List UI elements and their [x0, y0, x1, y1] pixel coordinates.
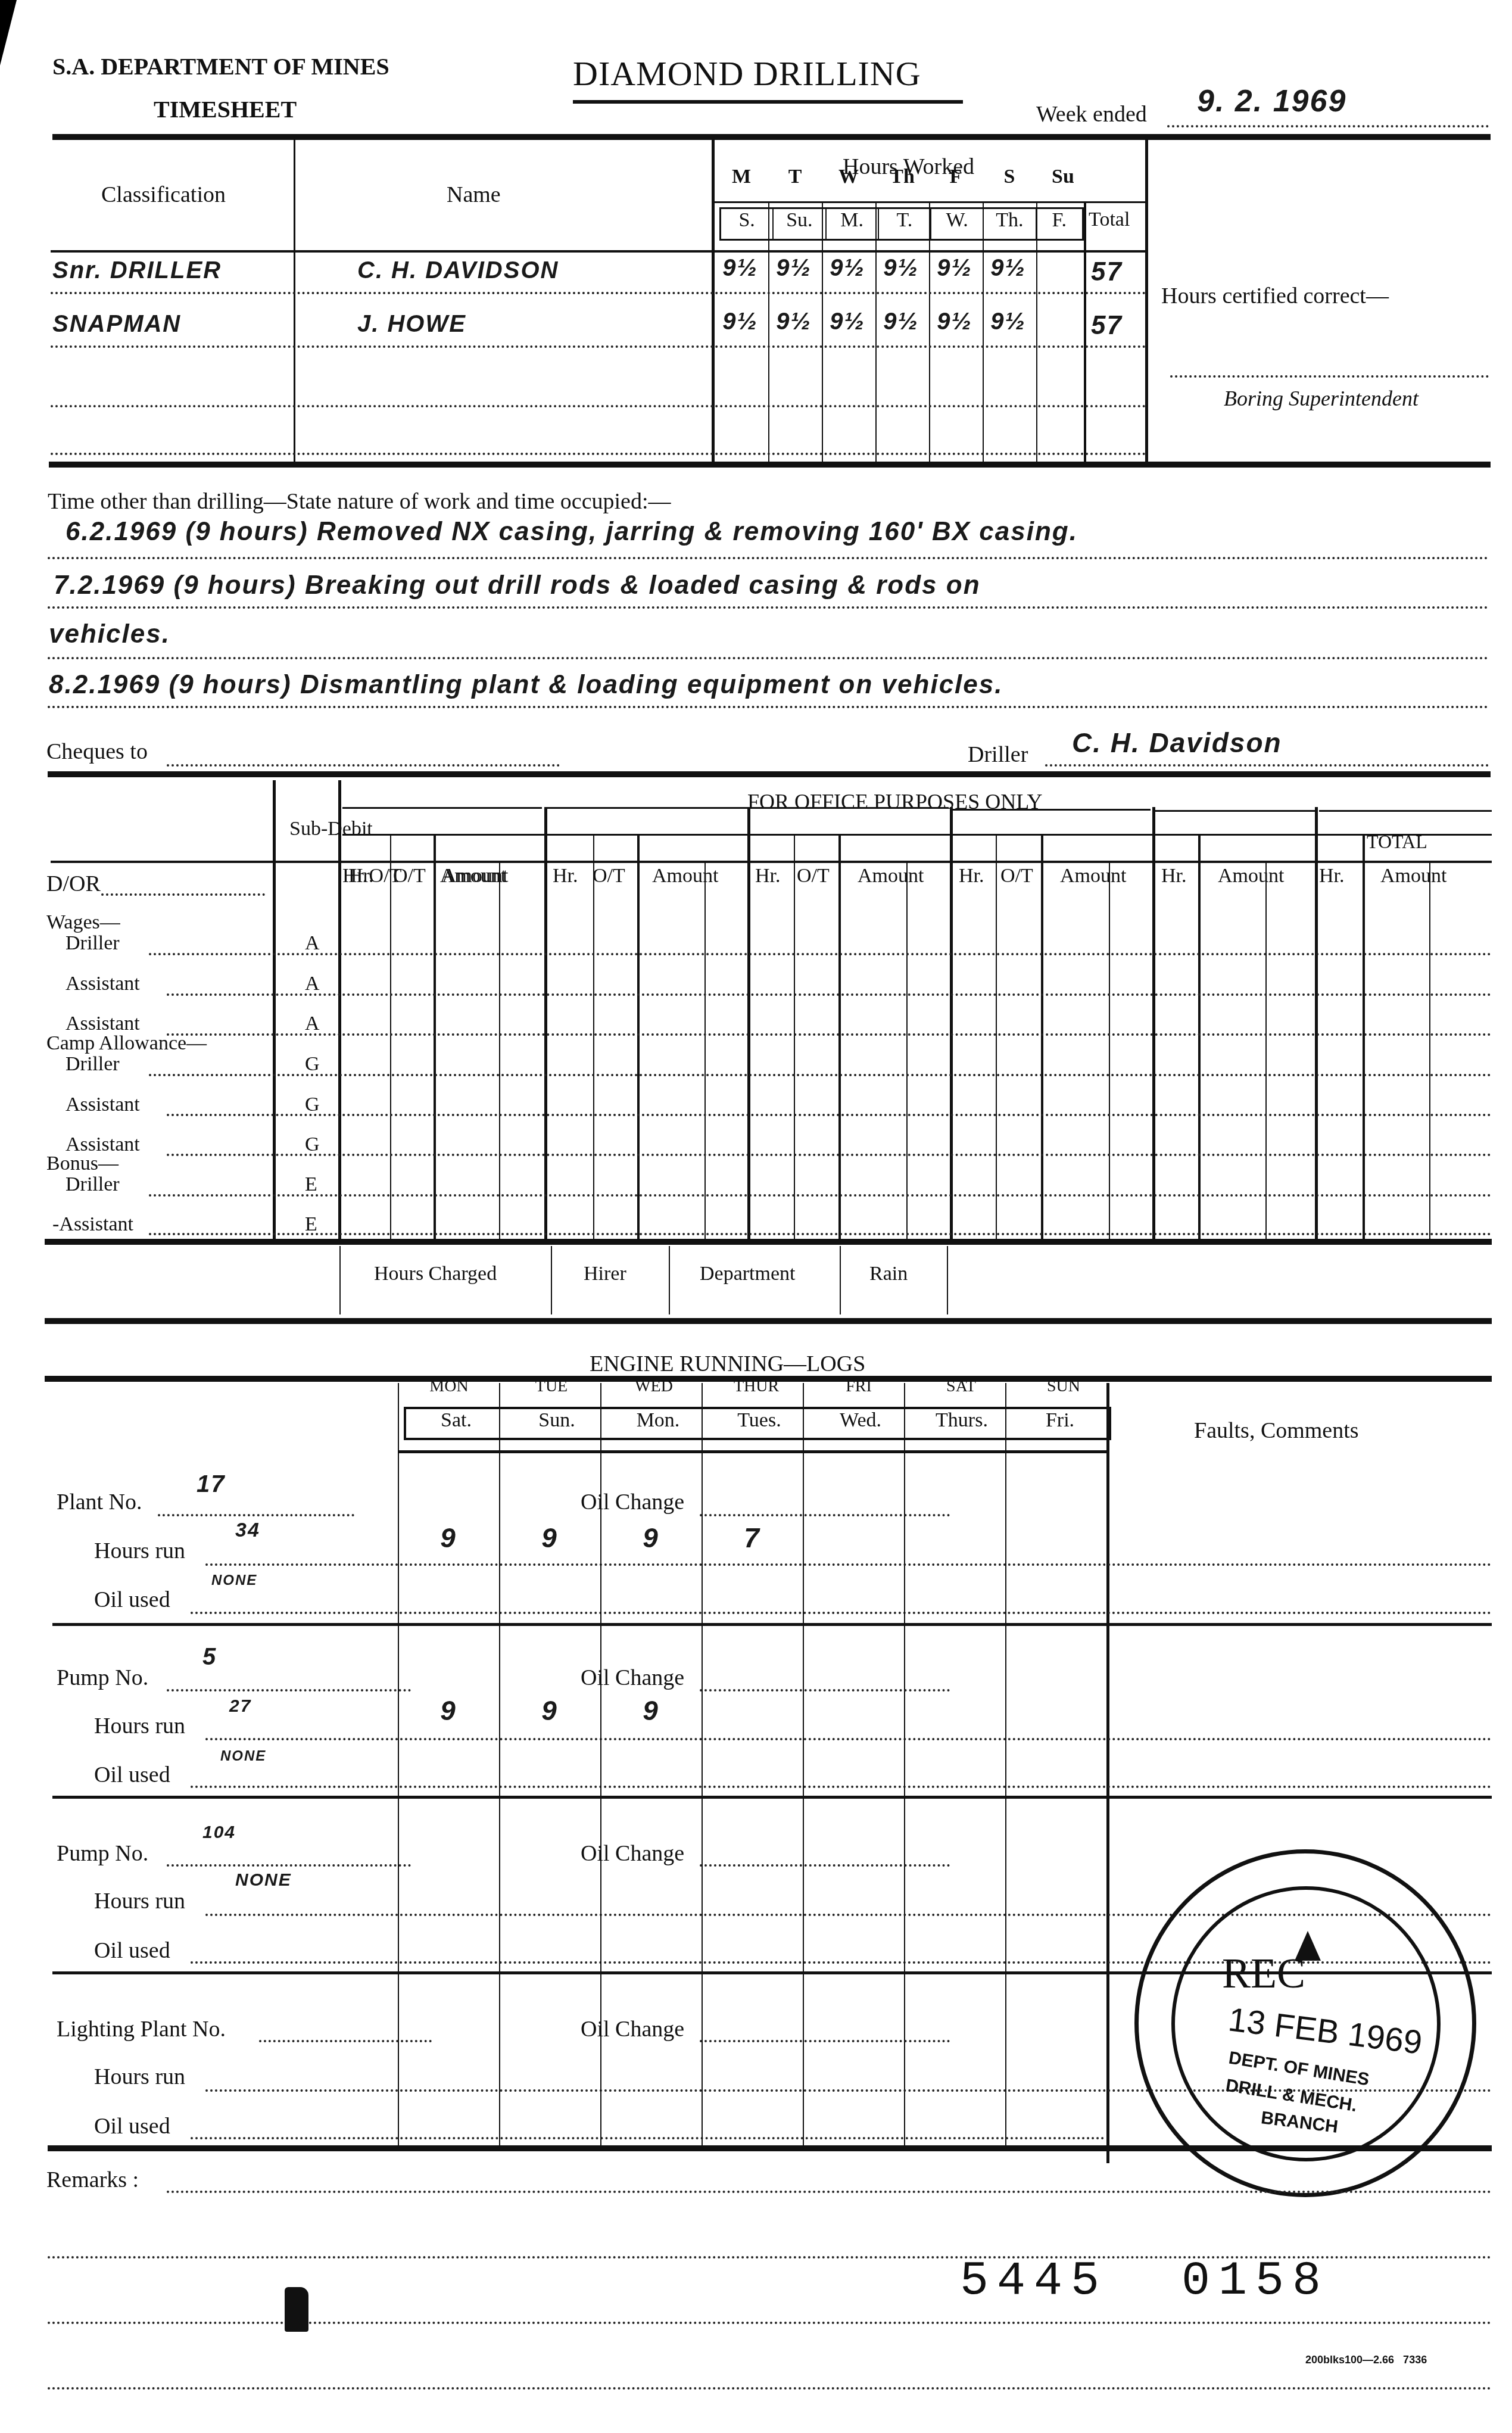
engine-hours-cell[interactable]	[1005, 1522, 1106, 1554]
subdebit-code: A	[305, 1013, 320, 1035]
day-letter-thu: Th	[875, 166, 929, 195]
stamp-arrow-icon	[1295, 1931, 1321, 1961]
col-hr: Hr.	[348, 865, 374, 887]
charge-col-line	[551, 1246, 552, 1314]
engine-logs-title: ENGINE RUNNING—LOGS	[590, 1351, 865, 1377]
engine-col-line	[398, 1383, 399, 1453]
col-ot: O/T	[393, 865, 426, 887]
day-letter-wed: W	[822, 166, 875, 195]
printed-day: SUN	[1012, 1377, 1115, 1396]
row-total[interactable]: 57	[1091, 257, 1123, 287]
engine-hours-cell[interactable]: 9	[398, 1694, 499, 1727]
row-classification[interactable]: SNAPMAN	[52, 311, 181, 338]
charge-col-line	[339, 1246, 341, 1314]
print-code: 200blks100—2.66 7336	[1305, 2354, 1427, 2366]
serial-number: 5445 0158	[960, 2254, 1329, 2309]
day-letter-fri: F	[929, 166, 983, 195]
printed-day: MON	[398, 1377, 500, 1396]
row-line	[167, 1033, 1492, 1036]
day-letter-sun: Su	[1036, 166, 1090, 195]
office-col-line	[794, 834, 795, 1239]
col-amount: Amount	[1380, 865, 1446, 887]
day-letter-mon: M	[715, 166, 768, 195]
hours-cell[interactable]: 9½	[874, 255, 928, 282]
row-line	[51, 453, 1146, 455]
col-ot: O/T	[797, 865, 830, 887]
oil-change-line	[700, 1689, 950, 1691]
boxed-day: Th.	[984, 209, 1036, 239]
engine-boxed-day: Fri.	[1012, 1409, 1108, 1438]
office-col-line	[1363, 834, 1365, 1239]
total-header: Total	[1089, 208, 1130, 231]
engine-hours-cell[interactable]: 9	[600, 1694, 702, 1727]
office-col-line	[434, 834, 436, 1239]
remarks-line	[48, 2322, 1492, 2324]
engine-col-line	[904, 1383, 905, 2147]
hours-cell[interactable]: 9½	[874, 309, 928, 335]
engine-hours-cell[interactable]	[702, 1694, 803, 1727]
boxed-day: T.	[879, 209, 931, 239]
office-col-line	[637, 834, 640, 1239]
day-letter-tue: T	[768, 166, 822, 195]
hours-cell[interactable]	[1035, 255, 1089, 282]
row-group-label: Bonus—	[46, 1152, 119, 1175]
engine-hours-cell[interactable]	[904, 1522, 1005, 1554]
pump-no-line	[167, 1689, 411, 1691]
col-divider	[1145, 137, 1148, 465]
writing-line	[48, 606, 1489, 609]
other-work-line[interactable]: 6.2.1969 (9 hours) Removed NX casing, ja…	[66, 517, 1078, 547]
section-rule	[49, 462, 1491, 468]
superintendent-label: Boring Superintendent	[1224, 386, 1419, 411]
group-rule	[951, 809, 1151, 811]
row-line	[149, 1194, 1492, 1197]
printed-day: TUE	[500, 1377, 603, 1396]
col-ot: O/T	[593, 865, 625, 887]
engine-col-line	[1005, 1383, 1006, 2147]
office-col-line	[1041, 834, 1043, 1239]
office-col-line	[1109, 862, 1110, 1239]
oil-change-label: Oil Change	[581, 2016, 684, 2042]
row-group-label: Camp Allowance—	[46, 1032, 207, 1055]
engine-hours-cell[interactable]	[904, 1694, 1005, 1727]
office-col-line	[499, 862, 500, 1239]
plant-no-line	[158, 1514, 354, 1516]
row-line	[167, 1114, 1492, 1116]
row-line	[149, 1233, 1492, 1235]
faults-divider	[1106, 1383, 1109, 2163]
col-hr: Hr.	[553, 865, 578, 887]
engine-boxed-day: Sat.	[406, 1409, 506, 1438]
engine-hours-cell[interactable]: 9	[499, 1694, 600, 1727]
hours-cell[interactable]: 9½	[767, 309, 821, 335]
received-stamp: REC 13 FEB 1969 DEPT. OF MINES DRILL & M…	[1134, 1849, 1476, 2197]
row-label: Driller	[66, 1173, 120, 1196]
driller-signature[interactable]: C. H. Davidson	[1072, 727, 1282, 759]
office-col-line	[838, 834, 841, 1239]
row-label: Assistant	[66, 1094, 140, 1116]
hours-cell[interactable]: 9½	[713, 255, 767, 282]
engine-boxed-day: Wed.	[810, 1409, 911, 1438]
row-label: -Assistant	[52, 1213, 133, 1236]
office-col-line	[1198, 834, 1201, 1239]
engine-hours-cell[interactable]: 9	[499, 1522, 600, 1554]
other-work-line[interactable]: 8.2.1969 (9 hours) Dismantling plant & l…	[49, 670, 1003, 700]
row-label: Driller	[66, 932, 120, 955]
row-line	[149, 953, 1492, 955]
row-total[interactable]: 57	[1091, 311, 1123, 341]
charge-col-line	[947, 1246, 948, 1314]
row-line	[51, 405, 1146, 407]
oil-change-line	[700, 1514, 950, 1516]
row-name[interactable]: C. H. DAVIDSON	[357, 257, 559, 284]
col-hr: Hr.	[755, 865, 781, 887]
row-line	[167, 993, 1492, 996]
boxed-day: S.	[721, 209, 774, 239]
group-rule	[546, 807, 749, 809]
driller-label: Driller	[968, 742, 1028, 768]
office-col-line	[593, 834, 594, 1239]
charge-col-line	[840, 1246, 841, 1314]
section-rule	[45, 1239, 1492, 1245]
plant-no-value[interactable]: 17	[197, 1471, 226, 1498]
oil-used-line	[191, 1786, 1492, 1788]
oil-change-label: Oil Change	[581, 1840, 684, 1867]
col-amount: Amount	[1060, 865, 1126, 887]
col-divider	[273, 780, 276, 1239]
subdebit-code: A	[305, 932, 320, 955]
office-col-line	[996, 834, 997, 1239]
dor-label: D/OR	[46, 871, 101, 897]
subdebit-header: Sub-Debit	[289, 819, 331, 839]
hours-run-label: Hours run	[94, 1713, 185, 1739]
office-col-line	[1152, 807, 1155, 1239]
hours-cell[interactable]: 9½	[981, 255, 1035, 282]
group-rule	[749, 807, 949, 809]
office-col-line	[704, 862, 706, 1239]
oil-used-line	[191, 2137, 1105, 2139]
stamp-received-text: REC	[1222, 1949, 1305, 1998]
engine-hours-cell[interactable]	[803, 1522, 904, 1554]
engine-hours-cell[interactable]: 7	[702, 1522, 803, 1554]
boxed-day-row: S. Su. M. T. W. Th. F.	[719, 207, 1084, 241]
oil-change-line	[700, 2040, 950, 2042]
remarks-line	[48, 2387, 1492, 2390]
printed-day: SAT	[910, 1377, 1012, 1396]
hours-cell[interactable]: 9½	[821, 309, 874, 335]
col-divider	[294, 140, 295, 465]
faults-comments-label: Faults, Comments	[1194, 1418, 1359, 1444]
hours-charged-header: Hours Charged	[374, 1263, 497, 1285]
dor-line	[101, 893, 265, 896]
hours-cell[interactable]: 9½	[928, 255, 981, 282]
other-work-label: Time other than drilling—State nature of…	[48, 488, 671, 515]
oil-used-label: Oil used	[94, 2113, 170, 2139]
hours-run-label: Hours run	[94, 2064, 185, 2090]
col-hr: Hr.	[959, 865, 984, 887]
writing-line	[48, 657, 1489, 659]
remarks-line	[167, 2191, 1492, 2193]
writing-line	[48, 706, 1489, 708]
week-ended-value[interactable]: 9. 2. 1969	[1197, 83, 1346, 119]
hours-run-label: Hours run	[94, 1538, 185, 1564]
row-classification[interactable]: Snr. DRILLER	[52, 257, 222, 284]
row-line	[51, 345, 1146, 348]
hours-run-note[interactable]: 34	[235, 1519, 260, 1542]
pump-no-label: Pump No.	[57, 1665, 148, 1691]
cheques-to-line	[167, 764, 560, 767]
col-divider	[338, 780, 341, 1239]
driller-line	[1045, 764, 1489, 767]
office-col-line	[544, 807, 547, 1239]
row-line	[167, 1154, 1492, 1156]
oil-used-label: Oil used	[94, 1587, 170, 1613]
signature-line	[1170, 375, 1489, 378]
hours-run-note[interactable]: 27	[229, 1696, 251, 1717]
pump-no-label: Pump No.	[57, 1840, 148, 1867]
other-work-line[interactable]: 7.2.1969 (9 hours) Breaking out drill ro…	[54, 571, 981, 600]
engine-hours-cell[interactable]	[1005, 1694, 1106, 1727]
hirer-header: Hirer	[584, 1263, 626, 1285]
header-rule	[52, 134, 1491, 140]
printed-day: THUR	[705, 1377, 808, 1396]
hours-run-label: Hours run	[94, 1888, 185, 1914]
row-line	[51, 292, 1146, 294]
writing-line	[48, 557, 1489, 559]
page-title: DIAMOND DRILLING	[573, 54, 921, 94]
title-underline	[573, 100, 963, 104]
office-col-line	[906, 862, 908, 1239]
plant-no-label: Plant No.	[57, 1489, 142, 1515]
engine-col-line	[499, 1383, 500, 2147]
col-amount: Amount	[442, 865, 508, 887]
week-ended-label: Week ended	[1036, 101, 1147, 127]
col-amount: Amount	[858, 865, 924, 887]
engine-boxed-day: Thurs.	[911, 1409, 1012, 1438]
engine-hours-cell[interactable]	[803, 1694, 904, 1727]
remarks-label: Remarks :	[46, 2167, 139, 2193]
boxed-day: M.	[827, 209, 879, 239]
punch-hole-mark	[285, 2287, 308, 2332]
engine-hours-cell[interactable]: 9	[398, 1522, 499, 1554]
oil-used-line	[191, 1612, 1492, 1614]
subheader-rule	[342, 834, 1492, 836]
engine-boxed-day: Sun.	[506, 1409, 607, 1438]
engine-col-line	[600, 1383, 601, 2147]
lighting-plant-no-line	[259, 2040, 432, 2042]
week-ended-line	[1167, 125, 1489, 127]
row-label: Assistant	[66, 973, 140, 995]
office-col-line	[747, 807, 750, 1239]
office-col-line	[950, 807, 953, 1239]
office-col-line	[1429, 862, 1430, 1239]
subheader-bottom-rule	[51, 861, 1492, 863]
col-ot: O/T	[1000, 865, 1033, 887]
hours-certified-label: Hours certified correct—	[1161, 283, 1389, 309]
row-label: Driller	[66, 1053, 120, 1076]
department-name: S.A. DEPARTMENT OF MINES	[52, 52, 389, 80]
boxed-day: F.	[1037, 209, 1082, 239]
row-name[interactable]: J. HOWE	[357, 311, 466, 338]
office-col-line	[1315, 807, 1318, 1239]
hours-cell[interactable]	[1035, 309, 1089, 335]
header-bottom-rule	[51, 250, 1148, 253]
department-header: Department	[700, 1263, 796, 1285]
subdebit-code: G	[305, 1133, 320, 1156]
col-hr: Hr.	[1161, 865, 1187, 887]
engine-boxed-day: Tues.	[709, 1409, 810, 1438]
engine-col-line	[702, 1383, 703, 2147]
oil-used-note[interactable]: NONE	[220, 1748, 266, 1765]
printed-day: WED	[603, 1377, 705, 1396]
office-col-line	[390, 834, 391, 1239]
oil-change-label: Oil Change	[581, 1665, 684, 1691]
boxed-day: Su.	[774, 209, 826, 239]
section-divider	[52, 1796, 1492, 1799]
group-rule	[1319, 810, 1492, 812]
col-amount: Amount	[652, 865, 718, 887]
rain-header: Rain	[869, 1263, 908, 1285]
col-hr: Hr.	[1319, 865, 1345, 887]
engine-col-line	[398, 1453, 399, 2147]
oil-used-label: Oil used	[94, 1762, 170, 1788]
subdebit-code: A	[305, 973, 320, 995]
hours-cell[interactable]: 9½	[767, 255, 821, 282]
pump-no-value[interactable]: 5	[202, 1644, 217, 1671]
form-type: TIMESHEET	[154, 95, 297, 123]
group-rule	[342, 807, 542, 809]
charge-col-line	[669, 1246, 670, 1314]
hours-cell[interactable]: 9½	[821, 255, 874, 282]
office-col-line	[1265, 862, 1267, 1239]
cheques-to-label: Cheques to	[46, 739, 148, 765]
group-rule	[1155, 810, 1316, 812]
classification-header: Classification	[101, 182, 226, 208]
col-amount: Amount	[1218, 865, 1284, 887]
subdebit-code: E	[305, 1173, 317, 1196]
other-work-line[interactable]: vehicles.	[49, 619, 170, 649]
printed-day: FRI	[808, 1377, 910, 1396]
day-rule	[713, 201, 1147, 203]
scan-edge-mark	[0, 0, 17, 66]
oil-used-note[interactable]: NONE	[211, 1572, 257, 1589]
oil-change-line	[700, 1864, 950, 1867]
row-line	[149, 1074, 1492, 1076]
oil-change-label: Oil Change	[581, 1489, 684, 1515]
boxed-day: W.	[931, 209, 984, 239]
hours-cell[interactable]: 9½	[928, 309, 981, 335]
engine-boxed-day: Mon.	[607, 1409, 709, 1438]
name-header: Name	[447, 182, 501, 208]
section-rule	[45, 1318, 1492, 1324]
pump-no-value[interactable]: 104	[202, 1823, 236, 1843]
hours-cell[interactable]: 9½	[981, 309, 1035, 335]
engine-col-line	[803, 1383, 804, 2147]
hours-cell[interactable]: 9½	[713, 309, 767, 335]
section-rule	[48, 771, 1491, 777]
section-divider	[52, 1623, 1492, 1626]
engine-hours-cell[interactable]: 9	[600, 1522, 702, 1554]
row-group-label: Wages—	[46, 911, 120, 934]
pump-no-line	[167, 1864, 411, 1867]
subdebit-code: G	[305, 1053, 320, 1076]
oil-used-label: Oil used	[94, 1937, 170, 1964]
hours-run-note[interactable]: NONE	[235, 1870, 292, 1890]
subdebit-code: G	[305, 1094, 320, 1116]
engine-header-rule	[398, 1450, 1106, 1453]
lighting-plant-no-label: Lighting Plant No.	[57, 2016, 226, 2042]
day-letter-sat: S	[983, 166, 1036, 195]
